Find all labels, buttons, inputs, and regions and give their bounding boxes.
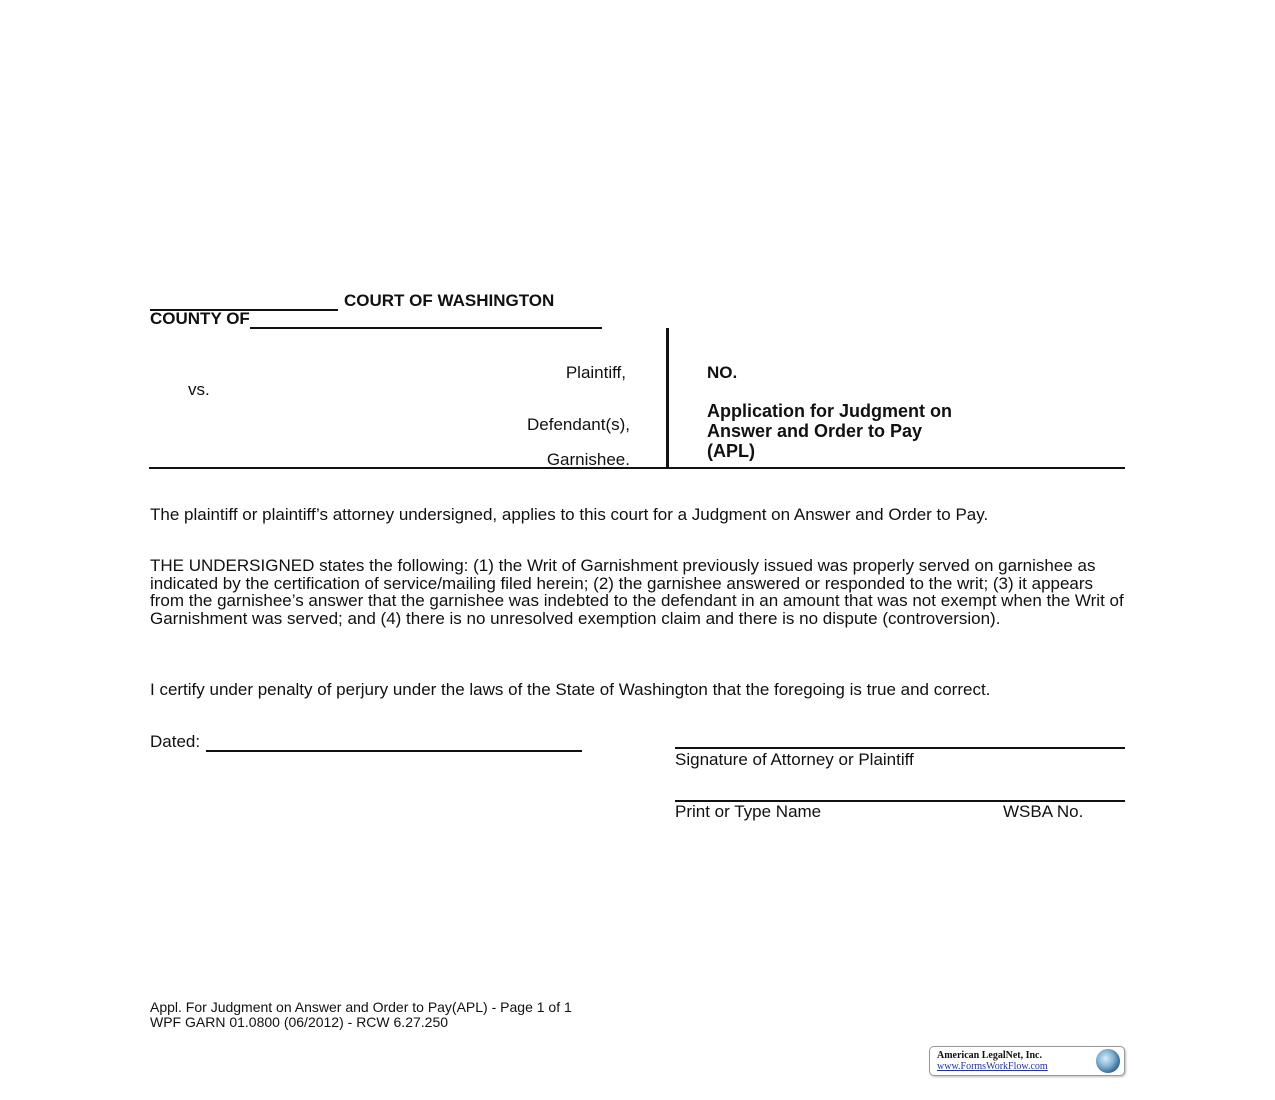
globe-icon xyxy=(1096,1049,1120,1073)
publisher-badge[interactable]: American LegalNet, Inc. www.FormsWorkFlo… xyxy=(929,1046,1125,1076)
signature-line[interactable] xyxy=(675,747,1125,749)
document-title-line: (APL) xyxy=(707,441,1127,461)
court-suffix: COURT OF WASHINGTON xyxy=(344,291,554,310)
caption-divider-horizontal xyxy=(149,467,1125,469)
plaintiff-label: Plaintiff, xyxy=(326,363,626,383)
print-name-label: Print or Type Name xyxy=(675,802,821,822)
county-blank[interactable] xyxy=(250,310,602,329)
dated-field: Dated: xyxy=(150,732,582,752)
page-footer: Appl. For Judgment on Answer and Order t… xyxy=(150,1000,572,1029)
county-prefix: COUNTY OF xyxy=(150,309,250,328)
application-paragraph: The plaintiff or plaintiff’s attorney un… xyxy=(150,506,1125,524)
garnishee-label: Garnishee. xyxy=(330,450,630,470)
statement-paragraph: THE UNDERSIGNED states the following: (1… xyxy=(150,557,1125,627)
footer-form-id: WPF GARN 01.0800 (06/2012) - RCW 6.27.25… xyxy=(150,1015,572,1030)
footer-title: Appl. For Judgment on Answer and Order t… xyxy=(150,1000,572,1015)
publisher-link[interactable]: www.FormsWorkFlow.com xyxy=(937,1061,1048,1072)
county-line: COUNTY OF xyxy=(150,309,602,329)
defendant-label: Defendant(s), xyxy=(330,415,630,435)
document-title-line: Application for Judgment on xyxy=(707,401,1127,421)
vs-label: vs. xyxy=(188,380,210,400)
certification-paragraph: I certify under penalty of perjury under… xyxy=(150,681,1125,699)
caption-divider-vertical xyxy=(666,328,669,469)
court-name-line: COURT OF WASHINGTON xyxy=(150,291,554,311)
dated-blank[interactable] xyxy=(206,734,582,752)
wsba-label: WSBA No. xyxy=(1003,802,1083,822)
document-title-line: Answer and Order to Pay xyxy=(707,421,1127,441)
signature-label: Signature of Attorney or Plaintiff xyxy=(675,750,914,770)
document-title: Application for Judgment on Answer and O… xyxy=(707,401,1127,461)
case-number-label: NO. xyxy=(707,363,737,383)
publisher-name: American LegalNet, Inc. xyxy=(937,1050,1042,1061)
dated-label: Dated: xyxy=(150,732,200,751)
